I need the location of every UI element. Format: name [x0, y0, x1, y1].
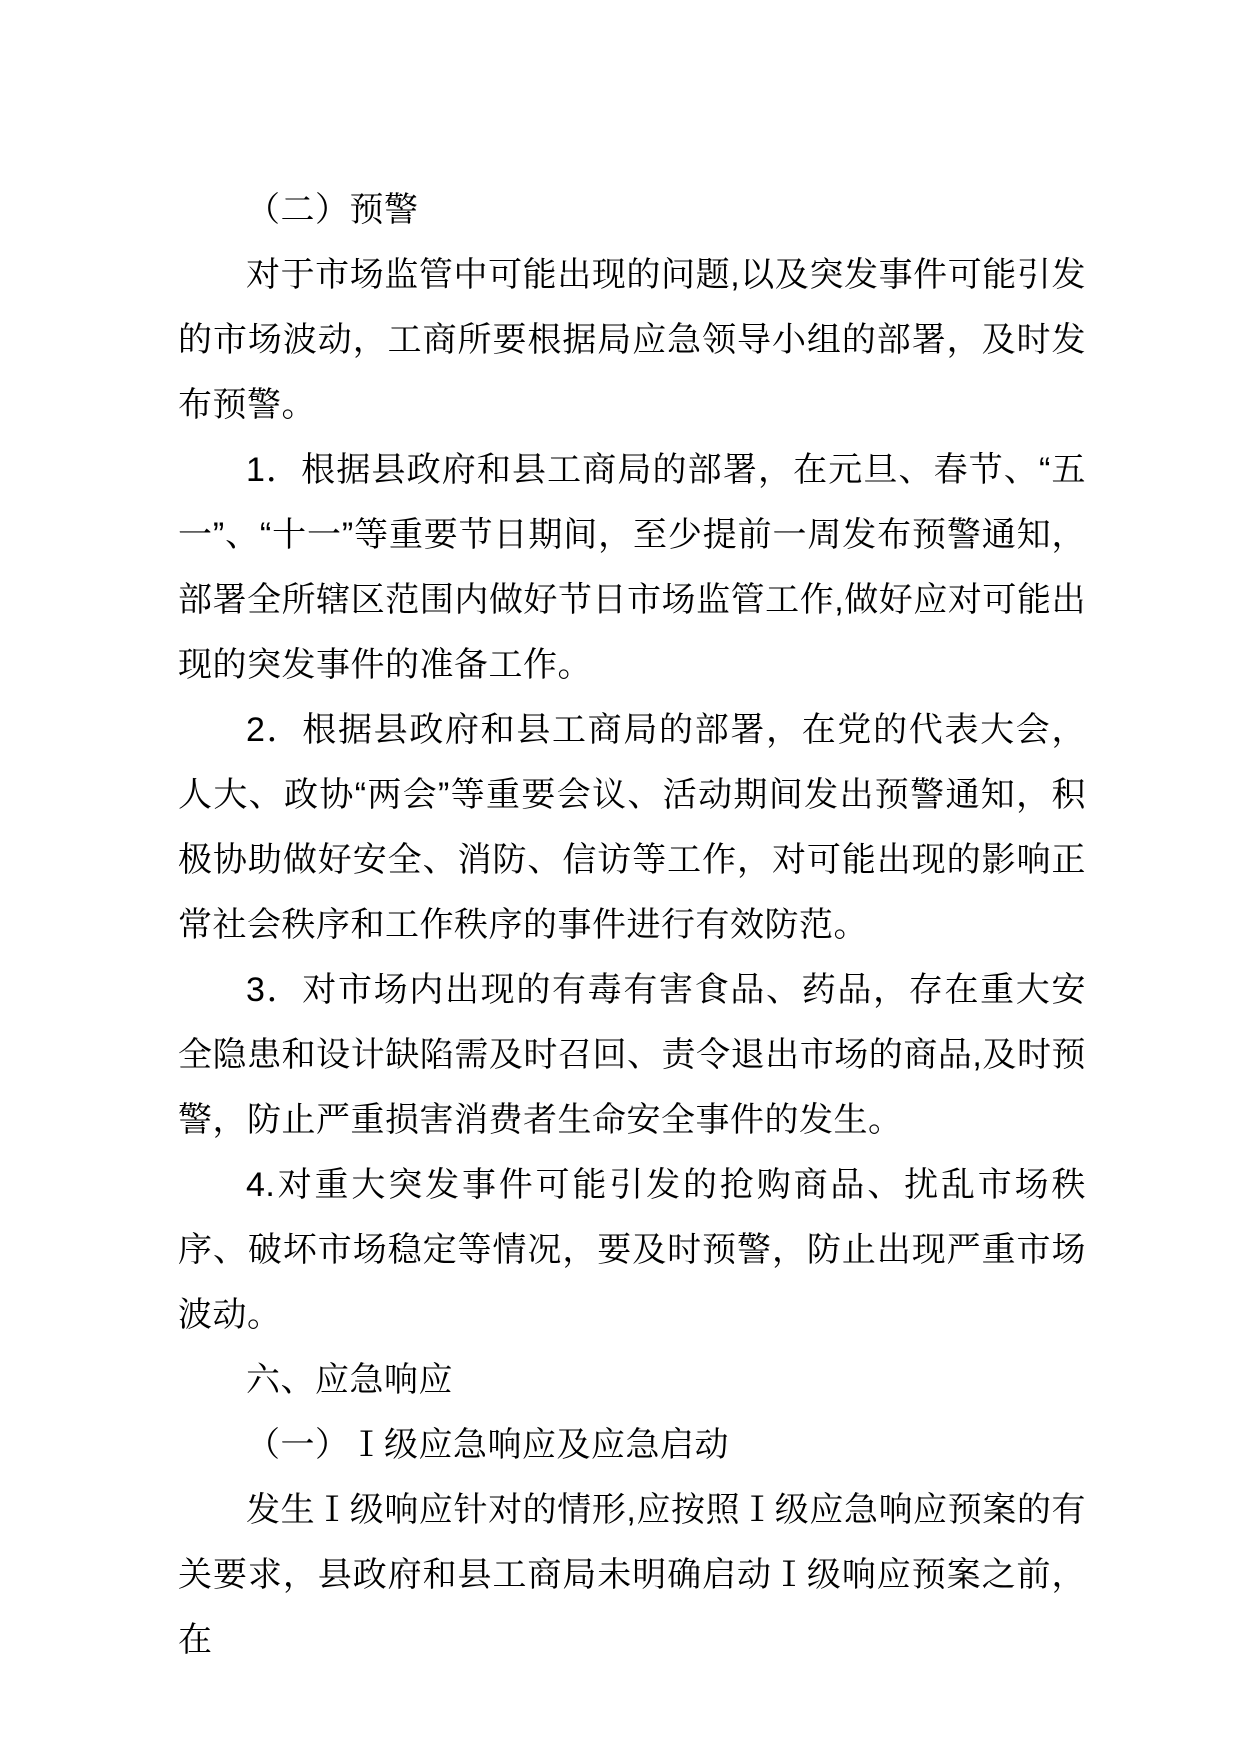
para-item-3-recalls: 3．对市场内出现的有毒有害食品、药品，存在重大安全隐患和设计缺陷需及时召回、责令… — [178, 958, 1086, 1153]
para-yujing-intro: 对于市场监管中可能出现的问题,以及突发事件可能引发的市场波动，工商所要根据局应急… — [178, 243, 1086, 438]
para-level1-response-intro: 发生Ⅰ级响应针对的情形,应按照Ⅰ级应急响应预案的有关要求，县政府和县工商局未明确… — [178, 1478, 1086, 1673]
para-item-1-holidays: 1．根据县政府和县工商局的部署，在元旦、春节、“五一”、“十一”等重要节日期间，… — [178, 438, 1086, 698]
heading-subsection-level1-response: （一）Ⅰ级应急响应及应急启动 — [178, 1413, 1086, 1478]
heading-subsection-yujing: （二）预警 — [178, 178, 1086, 243]
para-item-2-meetings: 2．根据县政府和县工商局的部署，在党的代表大会，人大、政协“两会”等重要会议、活… — [178, 698, 1086, 958]
heading-section-6-response: 六、应急响应 — [178, 1348, 1086, 1413]
document-page: （二）预警 对于市场监管中可能出现的问题,以及突发事件可能引发的市场波动，工商所… — [178, 178, 1086, 1673]
para-item-4-market-panic: 4.对重大突发事件可能引发的抢购商品、扰乱市场秩序、破坏市场稳定等情况，要及时预… — [178, 1153, 1086, 1348]
